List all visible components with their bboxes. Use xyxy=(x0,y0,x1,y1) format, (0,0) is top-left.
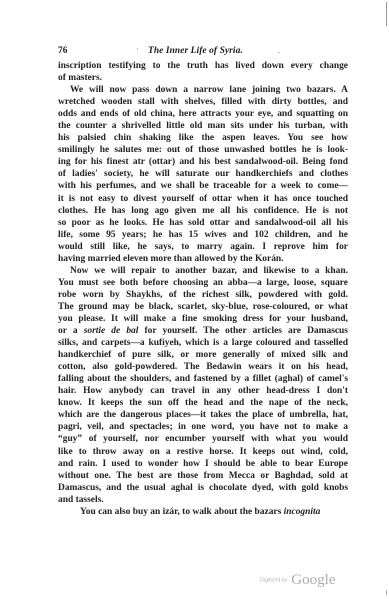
text-line: or a sortie de bal for yourself. The oth… xyxy=(58,325,348,337)
head-dot-left: · xyxy=(136,43,139,57)
text-line: and rain. I used to wonder how I should … xyxy=(58,458,348,470)
google-logo: Google xyxy=(291,572,335,588)
text-segment: for yourself. The other articles are Dam… xyxy=(138,326,348,336)
text-line: clothes. He has long ago given me all hi… xyxy=(58,205,348,217)
text-line: of ladies' society, he will saturate our… xyxy=(58,168,348,180)
text-line: with his perfumes, and we shall be trace… xyxy=(58,180,348,192)
page-number: 76 xyxy=(58,44,67,58)
text-line: would still like, he says, to marry agai… xyxy=(58,241,348,253)
text-line: handkerchief of pure silk, or more gener… xyxy=(58,349,348,361)
text-segment: You can also buy an izár, to walk about … xyxy=(80,507,284,517)
text-line: of masters. xyxy=(58,72,348,84)
text-line: inscription testifying to the truth has … xyxy=(58,60,348,72)
text-line: You must see both before choosing an abb… xyxy=(58,277,348,289)
text-line: his palsied chin shaking like the aspen … xyxy=(58,132,348,144)
text-line: You can also buy an izár, to walk about … xyxy=(58,506,348,518)
watermark-prefix: Digitized by xyxy=(260,577,287,583)
scan-edge-mark xyxy=(386,2,387,26)
running-head: 76 · The Inner Life of Syria. . xyxy=(58,44,348,58)
text-line: which are the dangerous places—it takes … xyxy=(58,409,348,421)
book-page: 76 · The Inner Life of Syria. . inscript… xyxy=(58,44,348,518)
text-line: pagri, veil, and spectacles; in one word… xyxy=(58,421,348,433)
text-line: wretched wooden stall with shelves, fill… xyxy=(58,96,348,108)
head-dot-right: . xyxy=(278,44,280,58)
text-line: Damascus, and the usual aghal is chocola… xyxy=(58,482,348,494)
digitized-by-google-watermark: Digitized by Google xyxy=(260,571,335,589)
text-line: know. It keeps the sun off the head and … xyxy=(58,397,348,409)
text-line: odds and ends of old china, here attract… xyxy=(58,108,348,120)
scan-edge-mark-bottom xyxy=(386,590,387,595)
italic-phrase: incognita xyxy=(284,507,321,517)
text-line: hair. How anybody can travel in any othe… xyxy=(58,385,348,397)
running-head-title: The Inner Life of Syria. xyxy=(148,44,243,58)
text-line: smilingly he salutes me: out of those un… xyxy=(58,144,348,156)
text-line: falling about the shoulders, and fastene… xyxy=(58,373,348,385)
text-line: silks, and carpets—a kufíyeh, which is a… xyxy=(58,337,348,349)
text-line: without one. The best are those from Mec… xyxy=(58,470,348,482)
text-line: you please. It will make a fine smoking … xyxy=(58,313,348,325)
text-line: so poor as he looks. He has sold ottar a… xyxy=(58,217,348,229)
text-line: the counter a shrivelled little old man … xyxy=(58,120,348,132)
text-line: and tassels. xyxy=(58,494,348,506)
text-line: like to throw away on a restive horse. I… xyxy=(58,446,348,458)
text-line: We will now pass down a narrow lane join… xyxy=(58,84,348,96)
text-segment: or a xyxy=(58,326,84,336)
text-line: ing for his finest atr (ottar) and his b… xyxy=(58,156,348,168)
italic-phrase: sortie de bal xyxy=(84,326,139,336)
text-line: life, some 95 years; he has 15 wives and… xyxy=(58,229,348,241)
body-text: inscription testifying to the truth has … xyxy=(58,60,348,518)
text-line: having married eleven more than allowed … xyxy=(58,253,348,265)
text-line: it is not easy to divest yourself of ott… xyxy=(58,193,348,205)
text-line: robe worn by Shaykhs, of the richest sil… xyxy=(58,289,348,301)
text-line: Now we will repair to another bazar, and… xyxy=(58,265,348,277)
text-line: “guy” of yourself, nor encumber yourself… xyxy=(58,433,348,445)
text-line: cotton, also gold-powdered. The Bedawin … xyxy=(58,361,348,373)
text-line: The ground may be black, scarlet, sky-bl… xyxy=(58,301,348,313)
